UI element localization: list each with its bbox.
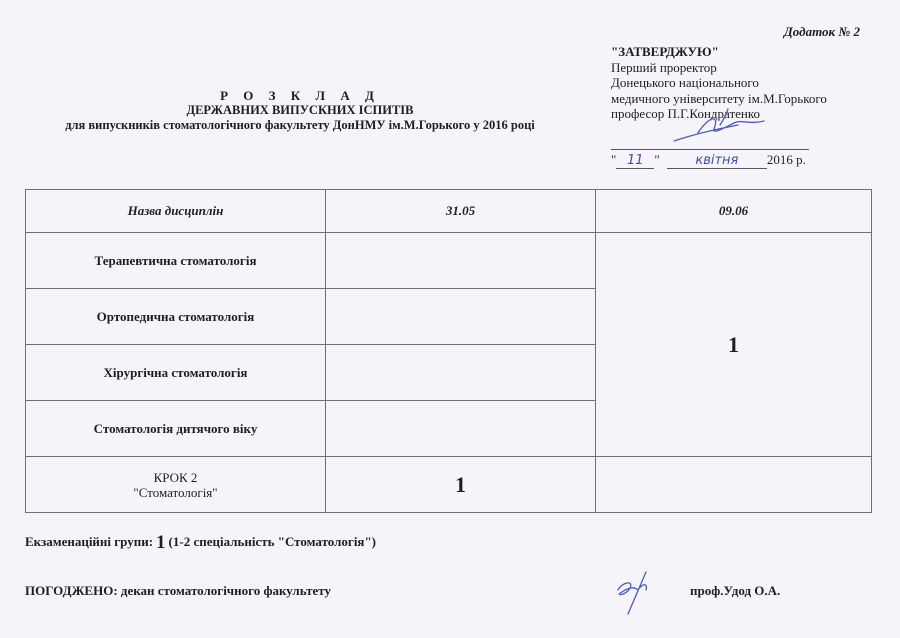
krok-line-1: КРОК 2 xyxy=(26,470,325,485)
merged-date-2-cell: 1 xyxy=(596,233,872,457)
title-line-schedule: Р О З К Л А Д xyxy=(0,88,600,103)
table-row-krok: КРОК 2 "Стоматологія" 1 xyxy=(26,457,872,513)
title-line-subtitle: для випускників стоматологічного факульт… xyxy=(0,118,600,133)
dean-signatory: проф.Удод О.А. xyxy=(690,583,780,599)
groups-label: Екзаменаційні групи: xyxy=(25,534,153,549)
subject-cell: Ортопедична стоматологія xyxy=(26,289,326,345)
rector-signature-icon xyxy=(668,103,778,147)
approval-title: "ЗАТВЕРДЖУЮ" xyxy=(611,44,871,60)
table-row: Терапевтична стоматологія 1 xyxy=(26,233,872,289)
agreed-line: ПОГОДЖЕНО: декан стоматологічного факуль… xyxy=(25,583,331,599)
date-year: 2016 р. xyxy=(767,152,806,167)
header-date-1: 31.05 xyxy=(326,190,596,233)
title-line-exams: ДЕРЖАВНИХ ВИПУСКНИХ ІСПИТІВ xyxy=(0,103,600,118)
header-subject: Назва дисциплін xyxy=(26,190,326,233)
exam-groups: Екзаменаційні групи:1(1-2 спеціальність … xyxy=(25,532,376,554)
dean-signature-icon xyxy=(600,568,670,618)
krok-date-1-cell: 1 xyxy=(326,457,596,513)
schedule-table: Назва дисциплін 31.05 09.06 Терапевтична… xyxy=(25,189,872,513)
date-1-cell xyxy=(326,233,596,289)
subject-cell-krok: КРОК 2 "Стоматологія" xyxy=(26,457,326,513)
subject-cell: Хірургічна стоматологія xyxy=(26,345,326,401)
krok-date-2-cell xyxy=(596,457,872,513)
date-day: 11 xyxy=(616,154,654,169)
appendix-label: Додаток № 2 xyxy=(700,24,860,40)
date-1-cell xyxy=(326,401,596,457)
date-1-cell xyxy=(326,345,596,401)
approval-line: Донецького національного xyxy=(611,75,871,91)
subject-cell: Терапевтична стоматологія xyxy=(26,233,326,289)
date-quote-close: " xyxy=(654,152,659,167)
document-title: Р О З К Л А Д ДЕРЖАВНИХ ВИПУСКНИХ ІСПИТІ… xyxy=(0,88,600,133)
date-month: квітня xyxy=(667,154,767,169)
groups-note: (1-2 спеціальність "Стоматологія") xyxy=(169,534,376,549)
signature-line xyxy=(611,149,809,150)
table-header-row: Назва дисциплін 31.05 09.06 xyxy=(26,190,872,233)
groups-number: 1 xyxy=(156,532,166,553)
krok-line-2: "Стоматологія" xyxy=(26,485,325,500)
header-date-2: 09.06 xyxy=(596,190,872,233)
date-1-cell xyxy=(326,289,596,345)
approval-line: Перший проректор xyxy=(611,60,871,76)
approval-date: "11" квітня2016 р. xyxy=(611,152,806,169)
subject-cell: Стоматологія дитячого віку xyxy=(26,401,326,457)
